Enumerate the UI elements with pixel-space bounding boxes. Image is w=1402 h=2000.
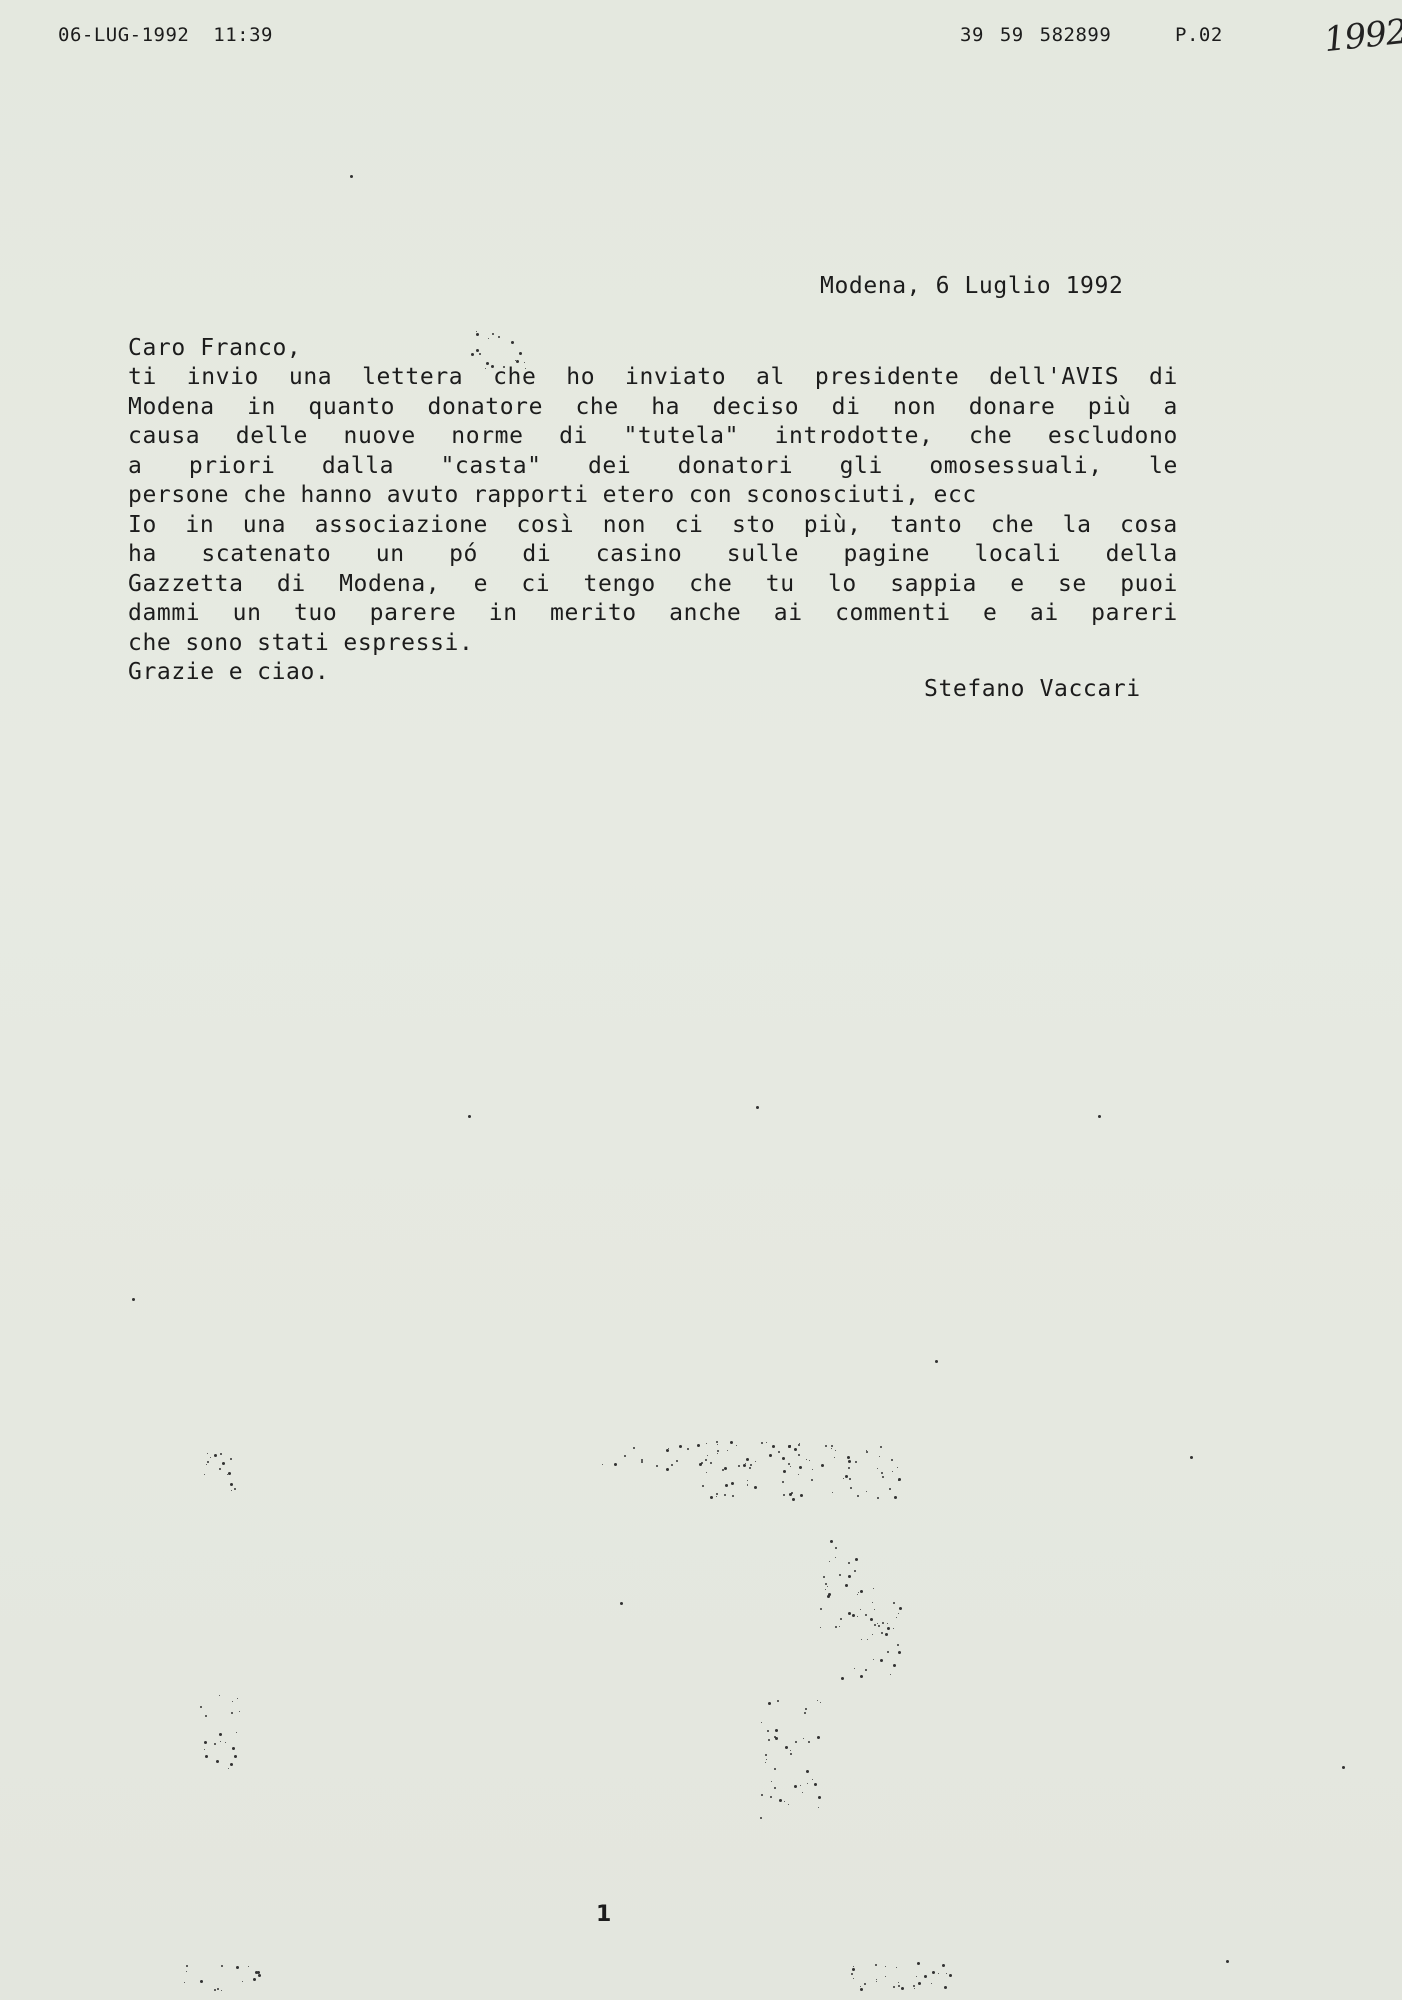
- letter-line: personechehannoavutorapportieteroconscon…: [128, 481, 1178, 511]
- letter-line: GazzettadiModena,ecitengochetulosappiaes…: [128, 570, 1178, 600]
- handwritten-year-annotation: 1992: [1322, 12, 1402, 60]
- fax-transmission-header: 06-LUG-1992 11:39 39 59 582899 P.02 1992: [58, 24, 1362, 54]
- letter-line: dammiuntuoparereinmeritoancheaicommentie…: [128, 599, 1178, 629]
- letter-place-date: Modena, 6 Luglio 1992: [820, 272, 1123, 302]
- letter-line: Modenainquantodonatorechehadecisodinondo…: [128, 393, 1178, 423]
- page-number: 1: [596, 1902, 611, 1927]
- letter-line: chesonostatiespressi.: [128, 629, 1178, 659]
- fax-page-label: P.02: [1175, 24, 1223, 46]
- letter-line: causadellenuovenormedi"tutela"introdotte…: [128, 422, 1178, 452]
- letter-line: aprioridalla"casta"deidonatorigliomosess…: [128, 452, 1178, 482]
- letter-salutation: Caro Franco,: [128, 334, 301, 364]
- fax-sender-number: 39 59 582899: [960, 24, 1111, 46]
- fax-date-time: 06-LUG-1992 11:39: [58, 24, 273, 46]
- fax-page-document: 06-LUG-1992 11:39 39 59 582899 P.02 1992…: [0, 0, 1402, 2000]
- letter-paragraph: tiinviounaletterachehoinviatoalpresident…: [128, 363, 1178, 688]
- letter-line: hascatenatounpódicasinosullepaginelocali…: [128, 540, 1178, 570]
- letter-line: tiinviounaletterachehoinviatoalpresident…: [128, 363, 1178, 393]
- letter-line: Ioinunaassociazionecosìnoncistopiù,tanto…: [128, 511, 1178, 541]
- letter-signature: Stefano Vaccari: [924, 675, 1141, 705]
